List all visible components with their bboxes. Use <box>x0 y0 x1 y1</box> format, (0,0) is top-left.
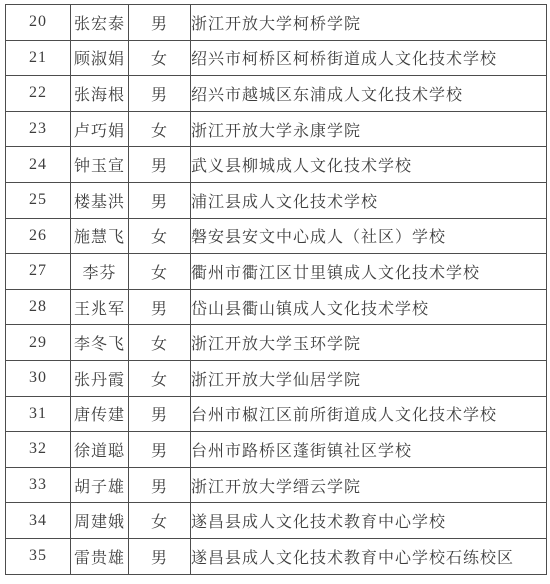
table-row: 32 徐道聪 男 台州市路桥区蓬街镇社区学校 <box>6 432 547 468</box>
row-number-cell: 30 <box>6 360 71 396</box>
name-cell: 张海根 <box>71 76 129 112</box>
school-cell: 绍兴市越城区东浦成人文化技术学校 <box>191 76 547 112</box>
row-number-cell: 20 <box>6 5 71 41</box>
name-cell: 张宏泰 <box>71 5 129 41</box>
name-cell: 周建娥 <box>71 503 129 539</box>
gender-cell: 女 <box>129 218 191 254</box>
name-cell: 徐道聪 <box>71 432 129 468</box>
table-row: 35 雷贵雄 男 遂昌县成人文化技术教育中心学校石练校区 <box>6 538 547 574</box>
row-number-cell: 33 <box>6 467 71 503</box>
table-row: 21 顾淑娟 女 绍兴市柯桥区柯桥街道成人文化技术学校 <box>6 40 547 76</box>
name-cell: 雷贵雄 <box>71 538 129 574</box>
row-number-cell: 22 <box>6 76 71 112</box>
name-cell: 李芬 <box>71 254 129 290</box>
name-cell: 卢巧娟 <box>71 111 129 147</box>
school-cell: 遂昌县成人文化技术教育中心学校 <box>191 503 547 539</box>
gender-cell: 女 <box>129 254 191 290</box>
school-cell: 浙江开放大学永康学院 <box>191 111 547 147</box>
school-cell: 岱山县衢山镇成人文化技术学校 <box>191 289 547 325</box>
name-cell: 唐传建 <box>71 396 129 432</box>
gender-cell: 男 <box>129 289 191 325</box>
school-cell: 台州市椒江区前所街道成人文化技术学校 <box>191 396 547 432</box>
gender-cell: 男 <box>129 538 191 574</box>
row-number-cell: 21 <box>6 40 71 76</box>
school-cell: 衢州市衢江区廿里镇成人文化技术学校 <box>191 254 547 290</box>
name-cell: 施慧飞 <box>71 218 129 254</box>
gender-cell: 女 <box>129 40 191 76</box>
school-cell: 浙江开放大学柯桥学院 <box>191 5 547 41</box>
gender-cell: 女 <box>129 503 191 539</box>
row-number-cell: 27 <box>6 254 71 290</box>
row-number-cell: 29 <box>6 325 71 361</box>
school-cell: 遂昌县成人文化技术教育中心学校石练校区 <box>191 538 547 574</box>
school-cell: 浙江开放大学缙云学院 <box>191 467 547 503</box>
roster-table: 20 张宏泰 男 浙江开放大学柯桥学院 21 顾淑娟 女 绍兴市柯桥区柯桥街道成… <box>5 4 547 575</box>
gender-cell: 女 <box>129 325 191 361</box>
table-row: 31 唐传建 男 台州市椒江区前所街道成人文化技术学校 <box>6 396 547 432</box>
gender-cell: 男 <box>129 467 191 503</box>
name-cell: 李冬飞 <box>71 325 129 361</box>
gender-cell: 女 <box>129 360 191 396</box>
table-row: 24 钟玉宣 男 武义县柳城成人文化技术学校 <box>6 147 547 183</box>
table-body: 20 张宏泰 男 浙江开放大学柯桥学院 21 顾淑娟 女 绍兴市柯桥区柯桥街道成… <box>6 5 547 575</box>
gender-cell: 男 <box>129 147 191 183</box>
row-number-cell: 25 <box>6 182 71 218</box>
table-row: 33 胡子雄 男 浙江开放大学缙云学院 <box>6 467 547 503</box>
row-number-cell: 28 <box>6 289 71 325</box>
gender-cell: 男 <box>129 5 191 41</box>
table-row: 29 李冬飞 女 浙江开放大学玉环学院 <box>6 325 547 361</box>
gender-cell: 男 <box>129 396 191 432</box>
table-row: 28 王兆军 男 岱山县衢山镇成人文化技术学校 <box>6 289 547 325</box>
school-cell: 浦江县成人文化技术学校 <box>191 182 547 218</box>
table-row: 30 张丹霞 女 浙江开放大学仙居学院 <box>6 360 547 396</box>
document-page: 20 张宏泰 男 浙江开放大学柯桥学院 21 顾淑娟 女 绍兴市柯桥区柯桥街道成… <box>0 0 550 575</box>
table-row: 34 周建娥 女 遂昌县成人文化技术教育中心学校 <box>6 503 547 539</box>
table-row: 20 张宏泰 男 浙江开放大学柯桥学院 <box>6 5 547 41</box>
row-number-cell: 23 <box>6 111 71 147</box>
row-number-cell: 31 <box>6 396 71 432</box>
table-row: 26 施慧飞 女 磐安县安文中心成人（社区）学校 <box>6 218 547 254</box>
table-row: 23 卢巧娟 女 浙江开放大学永康学院 <box>6 111 547 147</box>
gender-cell: 男 <box>129 76 191 112</box>
row-number-cell: 26 <box>6 218 71 254</box>
school-cell: 绍兴市柯桥区柯桥街道成人文化技术学校 <box>191 40 547 76</box>
gender-cell: 男 <box>129 182 191 218</box>
school-cell: 浙江开放大学仙居学院 <box>191 360 547 396</box>
gender-cell: 女 <box>129 111 191 147</box>
school-cell: 磐安县安文中心成人（社区）学校 <box>191 218 547 254</box>
name-cell: 钟玉宣 <box>71 147 129 183</box>
school-cell: 台州市路桥区蓬街镇社区学校 <box>191 432 547 468</box>
name-cell: 顾淑娟 <box>71 40 129 76</box>
row-number-cell: 35 <box>6 538 71 574</box>
name-cell: 张丹霞 <box>71 360 129 396</box>
row-number-cell: 34 <box>6 503 71 539</box>
gender-cell: 男 <box>129 432 191 468</box>
table-row: 27 李芬 女 衢州市衢江区廿里镇成人文化技术学校 <box>6 254 547 290</box>
row-number-cell: 24 <box>6 147 71 183</box>
table-row: 25 楼基洪 男 浦江县成人文化技术学校 <box>6 182 547 218</box>
school-cell: 浙江开放大学玉环学院 <box>191 325 547 361</box>
table-row: 22 张海根 男 绍兴市越城区东浦成人文化技术学校 <box>6 76 547 112</box>
school-cell: 武义县柳城成人文化技术学校 <box>191 147 547 183</box>
name-cell: 楼基洪 <box>71 182 129 218</box>
row-number-cell: 32 <box>6 432 71 468</box>
name-cell: 王兆军 <box>71 289 129 325</box>
name-cell: 胡子雄 <box>71 467 129 503</box>
